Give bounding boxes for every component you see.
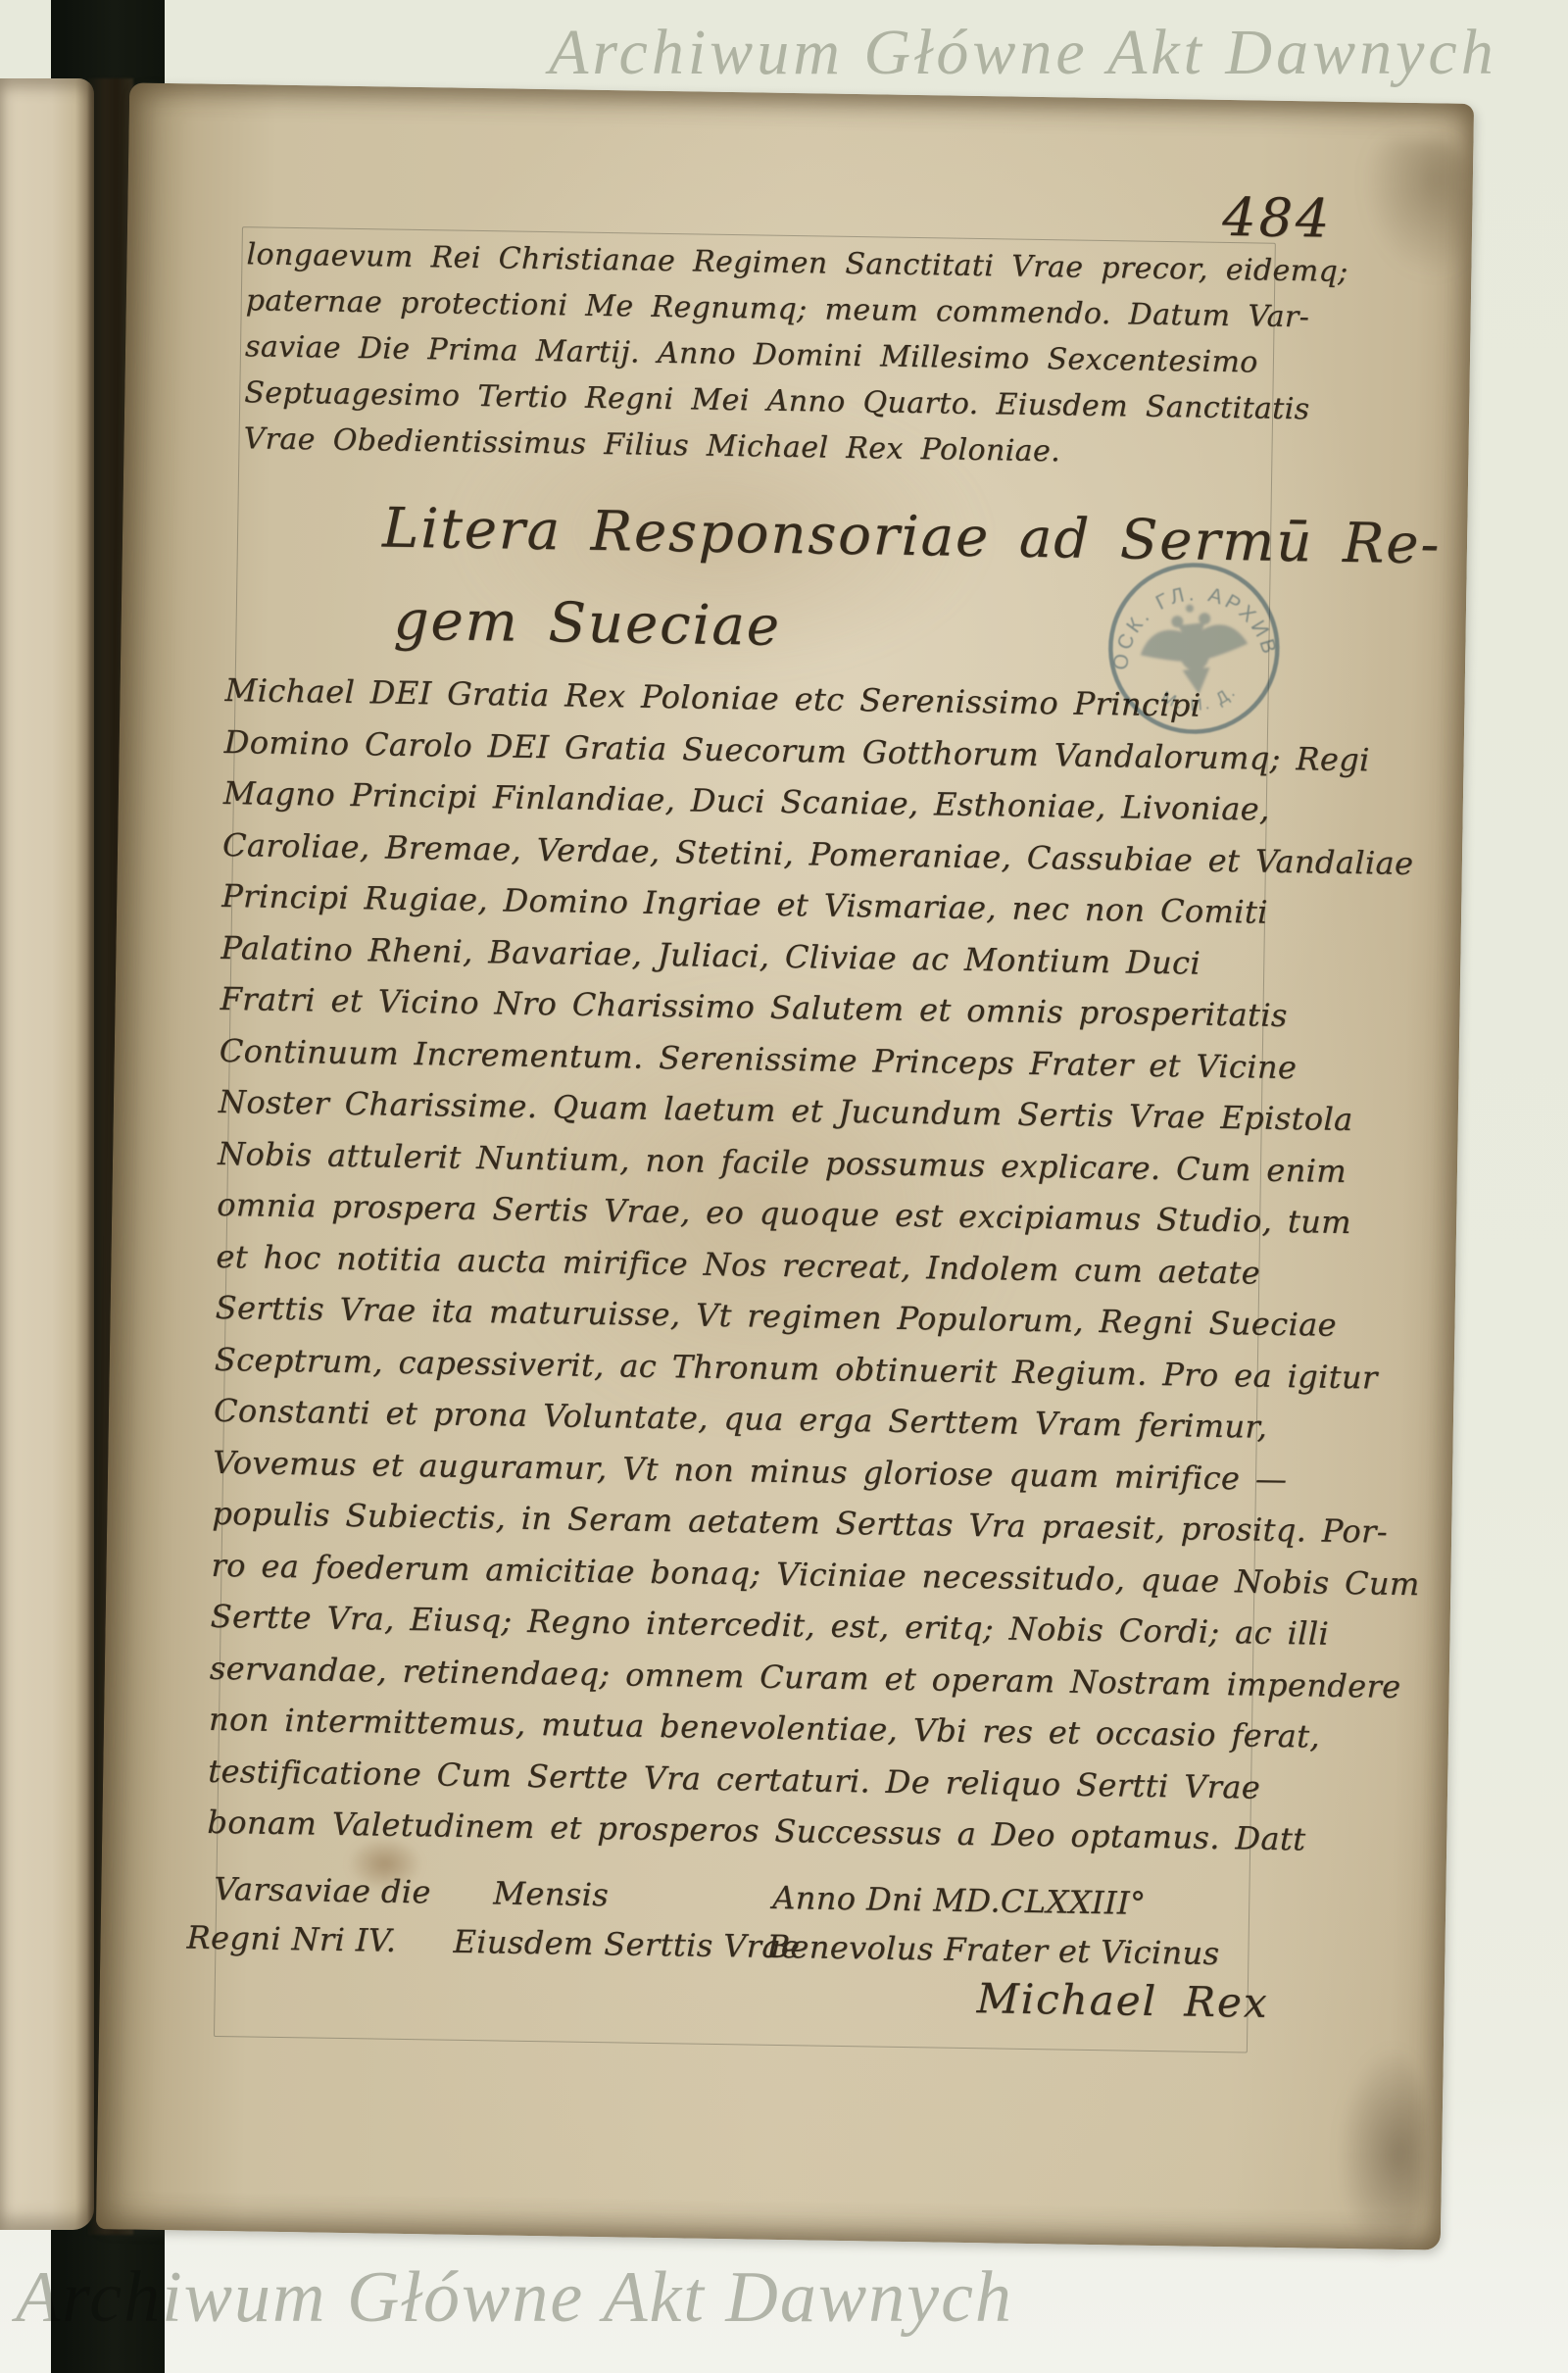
letter-body: Michael DEI Gratia Rex Poloniae etc Sere… [207,665,1434,1867]
archive-watermark-bottom: Archiwum Główne Akt Dawnych [16,2256,1013,2340]
edge-smudge [1339,2048,1426,2259]
page-number: 484 [1222,186,1333,250]
archive-stamp: МОСК. ГЛ. АРХИВЪ М. И. Д. [1100,554,1289,743]
dateline-place: Varsaviae die [214,1870,431,1910]
letter-title-line2: gem Sueciae [393,589,781,659]
corner-smudge [1363,137,1467,276]
dateline-month: Mensis [493,1874,609,1913]
archive-photo-scene: 484 longaevum Rei Christianae Regimen Sa… [0,0,1568,2373]
left-page-edge [0,78,94,2230]
eiusdem-phrase: Eiusdem Serttis Vrae [453,1923,800,1966]
archive-watermark-top: Archiwum Główne Akt Dawnych [549,16,1497,90]
manuscript-page: 484 longaevum Rei Christianae Regimen Sa… [96,82,1474,2249]
dateline-year: Anno Dni MD.CLXXIII° [772,1879,1147,1922]
valediction: Benevolus Frater et Vicinus [766,1928,1220,1972]
intro-paragraph: longaevum Rei Christianae Regimen Sancti… [243,231,1348,479]
royal-signature: Michael Rex [976,1974,1269,2027]
regnal-year: Regni Nri IV. [186,1919,396,1959]
